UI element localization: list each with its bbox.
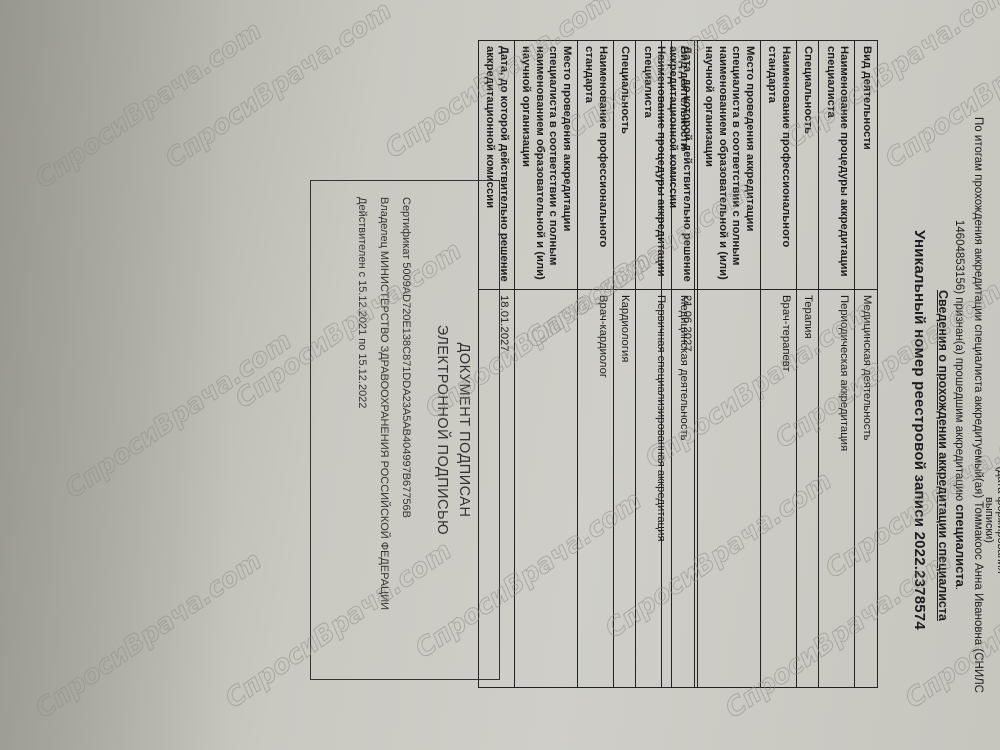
row-value: Периодическая аккредитация: [819, 290, 855, 688]
table-row: Наименование процедуры аккредитации спец…: [636, 41, 672, 688]
table-row: Наименование процедуры аккредитации спец…: [819, 41, 855, 688]
row-label: Место проведения аккредитации специалист…: [515, 41, 578, 290]
signature-stamp-title: ДОКУМЕНТ ПОДПИСАН ЭЛЕКТРОННОЙ ПОДПИСЬЮ: [431, 181, 475, 679]
registry-number-label: Уникальный номер реестровой записи: [911, 230, 928, 527]
row-label: Место проведения аккредитации специалист…: [698, 41, 761, 290]
page-shadow: [0, 0, 230, 750]
row-label: Наименование профессионального стандарта: [578, 41, 614, 290]
intro-emphasis: специалиста: [953, 504, 968, 587]
row-label: Наименование профессионального стандарта: [761, 41, 797, 290]
certificate-validity: Действителен с 15.12.2021 по 15.12.2022: [355, 181, 369, 679]
electronic-signature-stamp: ДОКУМЕНТ ПОДПИСАН ЭЛЕКТРОННОЙ ПОДПИСЬЮ С…: [310, 180, 500, 680]
row-label: Специальность: [797, 41, 820, 290]
accreditation-record-table-2: Вид деятельностиМедицинская деятельность…: [478, 40, 695, 688]
row-value: Медицинская деятельность: [672, 290, 695, 688]
certificate-number: Сертификат 5009AD720E138C871DDA23A5AB404…: [399, 181, 413, 679]
row-value: Кардиология: [614, 290, 637, 688]
row-label: Вид деятельности: [855, 41, 878, 290]
table-row: Вид деятельностиМедицинская деятельность: [672, 41, 695, 688]
section-title: Сведения о прохождении аккредитации спец…: [936, 290, 950, 621]
table-row: Место проведения аккредитации специалист…: [515, 41, 578, 688]
intro-paragraph: По итогам прохождения аккредитации специ…: [950, 100, 986, 710]
table-row: Наименование профессионального стандарта…: [578, 41, 614, 688]
table-row: СпециальностьКардиология: [614, 41, 637, 688]
row-label: Наименование процедуры аккредитации спец…: [636, 41, 672, 290]
intro-text: По итогам прохождения аккредитации специ…: [953, 117, 984, 693]
row-value: [515, 290, 578, 688]
row-label: Вид деятельности: [672, 41, 695, 290]
certificate-owner: Владелец МИНИСТЕРСТВО ЗДРАВООХРАНЕНИЯ РО…: [377, 181, 391, 679]
row-value: Врач-кардиолог: [578, 290, 614, 688]
table-row: СпециальностьТерапия: [797, 41, 820, 688]
row-label: Специальность: [614, 41, 637, 290]
row-label: Наименование процедуры аккредитации спец…: [819, 41, 855, 290]
table-row: Наименование профессионального стандарта…: [761, 41, 797, 688]
row-value: Врач-терапевт: [761, 290, 797, 688]
row-value: [698, 290, 761, 688]
table-row: Вид деятельностиМедицинская деятельность: [855, 41, 878, 688]
accreditation-extract-document: Выписка о наличии в единой государственн…: [280, 40, 1000, 730]
row-value: Первичная специализированная аккредитаци…: [636, 290, 672, 688]
table-row: Место проведения аккредитации специалист…: [698, 41, 761, 688]
row-value: Медицинская деятельность: [855, 290, 878, 688]
registry-number: Уникальный номер реестровой записи 2022.…: [911, 230, 928, 630]
registry-number-value: 2022.2378574: [911, 532, 928, 630]
row-value: Терапия: [797, 290, 820, 688]
